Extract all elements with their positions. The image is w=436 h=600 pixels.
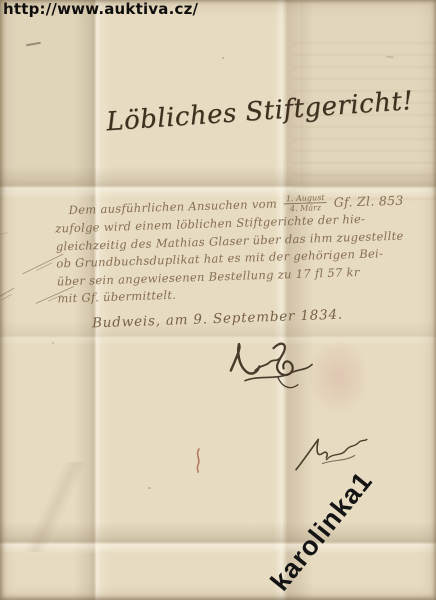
docket-number: Gf. Zl. 853 [333,191,403,211]
letter-scan: Löbliches Stiftgericht! Dem ausführliche… [0,0,436,600]
letter-salutation: Löbliches Stiftgericht! [105,89,376,138]
seller-watermark: karolinka1 [265,466,379,597]
paper-fiber-speck [148,487,151,489]
paper-fiber-speck [26,42,41,47]
ink-showthrough-lines [293,42,436,210]
paper-fiber-speck [52,342,54,344]
source-url-watermark: http://www.auktiva.cz/ [3,0,198,18]
horizontal-fold-crease-lower [0,522,436,554]
paper-fiber-speck [386,56,394,58]
letter-dateline: Budweis, am 9. September 1834. [92,307,343,332]
edge-ink-mark [0,282,21,307]
edge-ink-tick [0,229,10,239]
letter-body: Dem ausführlichen Ansuchen vom 1. August… [54,190,409,308]
diagonal-crease-bottom-left [0,462,110,552]
date-fraction: 1. August 4. März [284,193,327,213]
signature-primary-flourish [224,336,322,402]
paper-shading-top-left [0,0,96,192]
signature-secondary-flourish [292,431,378,477]
paper-fiber-speck [222,57,224,59]
red-ink-squiggle [188,446,208,474]
